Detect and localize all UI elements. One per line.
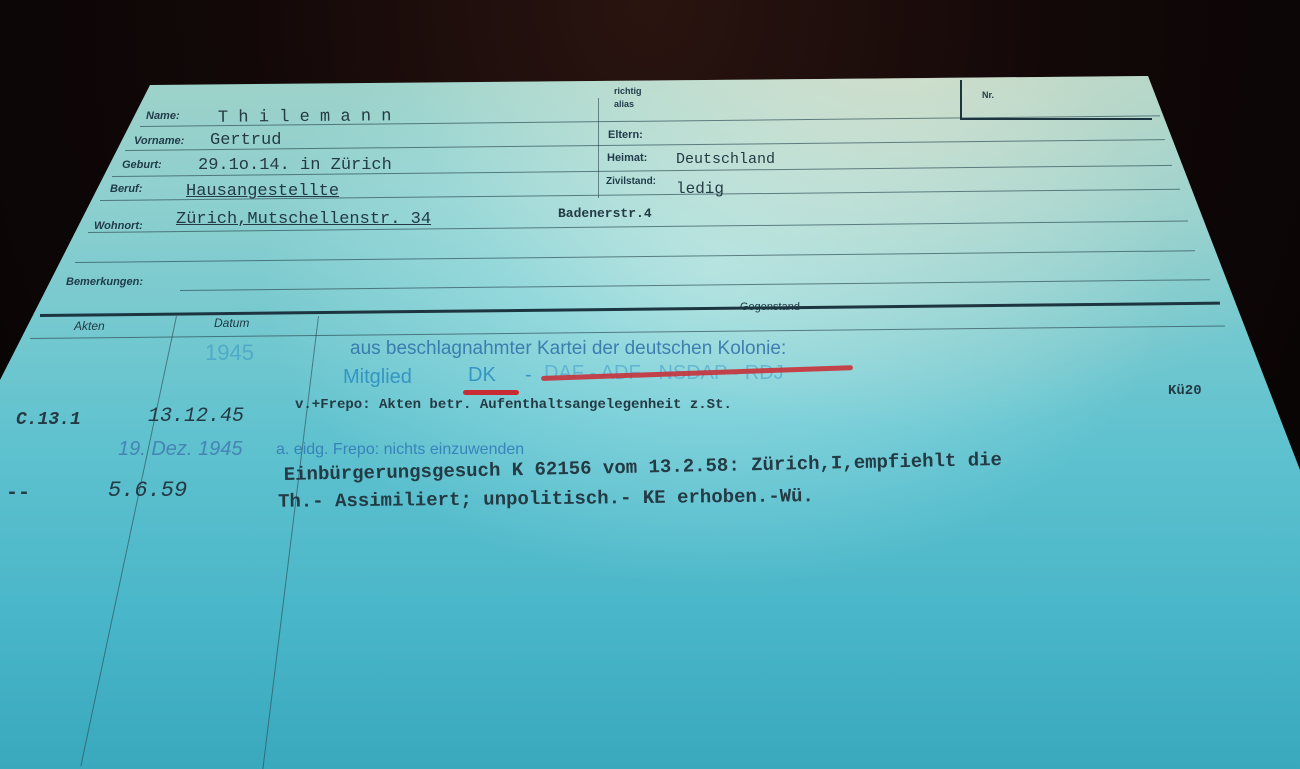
richtig-label: richtig xyxy=(614,86,642,96)
entry-date: 13.12.45 xyxy=(148,405,244,428)
membership-label: Mitglied xyxy=(343,366,412,389)
entry-akten: C.13.1 xyxy=(16,410,81,430)
photo-scene: Name: Vorname: Geburt: Beruf: Wohnort: B… xyxy=(0,0,1300,769)
entry-text-stamp: aus beschlagnahmter Kartei der deutschen… xyxy=(350,338,786,360)
number-box xyxy=(960,80,1152,120)
entry-mark: Kü20 xyxy=(1168,383,1202,399)
eltern-label: Eltern: xyxy=(608,129,643,141)
datum-header: Datum xyxy=(214,316,249,330)
dk-underline xyxy=(463,390,519,395)
entry-date: 5.6.59 xyxy=(108,478,187,503)
wohnort-label: Wohnort: xyxy=(94,220,143,232)
geburt-value: 29.1o.14. in Zürich xyxy=(198,156,392,175)
entry-text-stamp: a. eidg. Frepo: nichts einzuwenden xyxy=(276,441,524,459)
beruf-value: Hausangestellte xyxy=(186,182,339,201)
entry-text: v.+Frepo: Akten betr. Aufenthaltsangeleg… xyxy=(295,397,732,413)
name-value: T h i l e m a n n xyxy=(218,107,392,128)
heimat-label: Heimat: xyxy=(607,152,647,164)
gegenstand-header: Gegenstand xyxy=(740,301,800,313)
entry-date-stamp: 1945 xyxy=(205,340,254,366)
column-divider xyxy=(80,316,177,766)
entry-text-line-2: Th.- Assimiliert; unpolitisch.- KE erhob… xyxy=(278,485,814,513)
wohnort-value: Zürich,Mutschellenstr. 34 xyxy=(176,210,431,229)
membership-dk: DK xyxy=(468,364,496,387)
membership-separator: - xyxy=(525,364,532,387)
table-header-rule xyxy=(30,325,1225,339)
name-label: Name: xyxy=(146,110,180,122)
alias-label: alias xyxy=(614,99,634,109)
entry-akten: -- xyxy=(6,482,30,505)
vorname-label: Vorname: xyxy=(134,135,184,147)
rule xyxy=(180,279,1210,291)
wohnort-value-2: Badenerstr.4 xyxy=(558,206,652,221)
rule xyxy=(75,250,1195,263)
registration-index-card: Name: Vorname: Geburt: Beruf: Wohnort: B… xyxy=(0,0,1300,769)
vorname-value: Gertrud xyxy=(210,131,281,150)
akten-header: Akten xyxy=(74,319,105,333)
heimat-value: Deutschland xyxy=(676,151,775,168)
nr-label: Nr. xyxy=(982,90,994,100)
column-divider xyxy=(262,316,319,769)
geburt-label: Geburt: xyxy=(122,159,162,171)
bemerkungen-label: Bemerkungen: xyxy=(66,276,143,288)
entry-date-stamp: 19. Dez. 1945 xyxy=(118,438,243,461)
form-divider xyxy=(598,98,599,198)
zivilstand-value: ledig xyxy=(676,180,724,198)
zivilstand-label: Zivilstand: xyxy=(606,176,656,187)
beruf-label: Beruf: xyxy=(110,183,142,195)
section-divider xyxy=(40,302,1220,317)
